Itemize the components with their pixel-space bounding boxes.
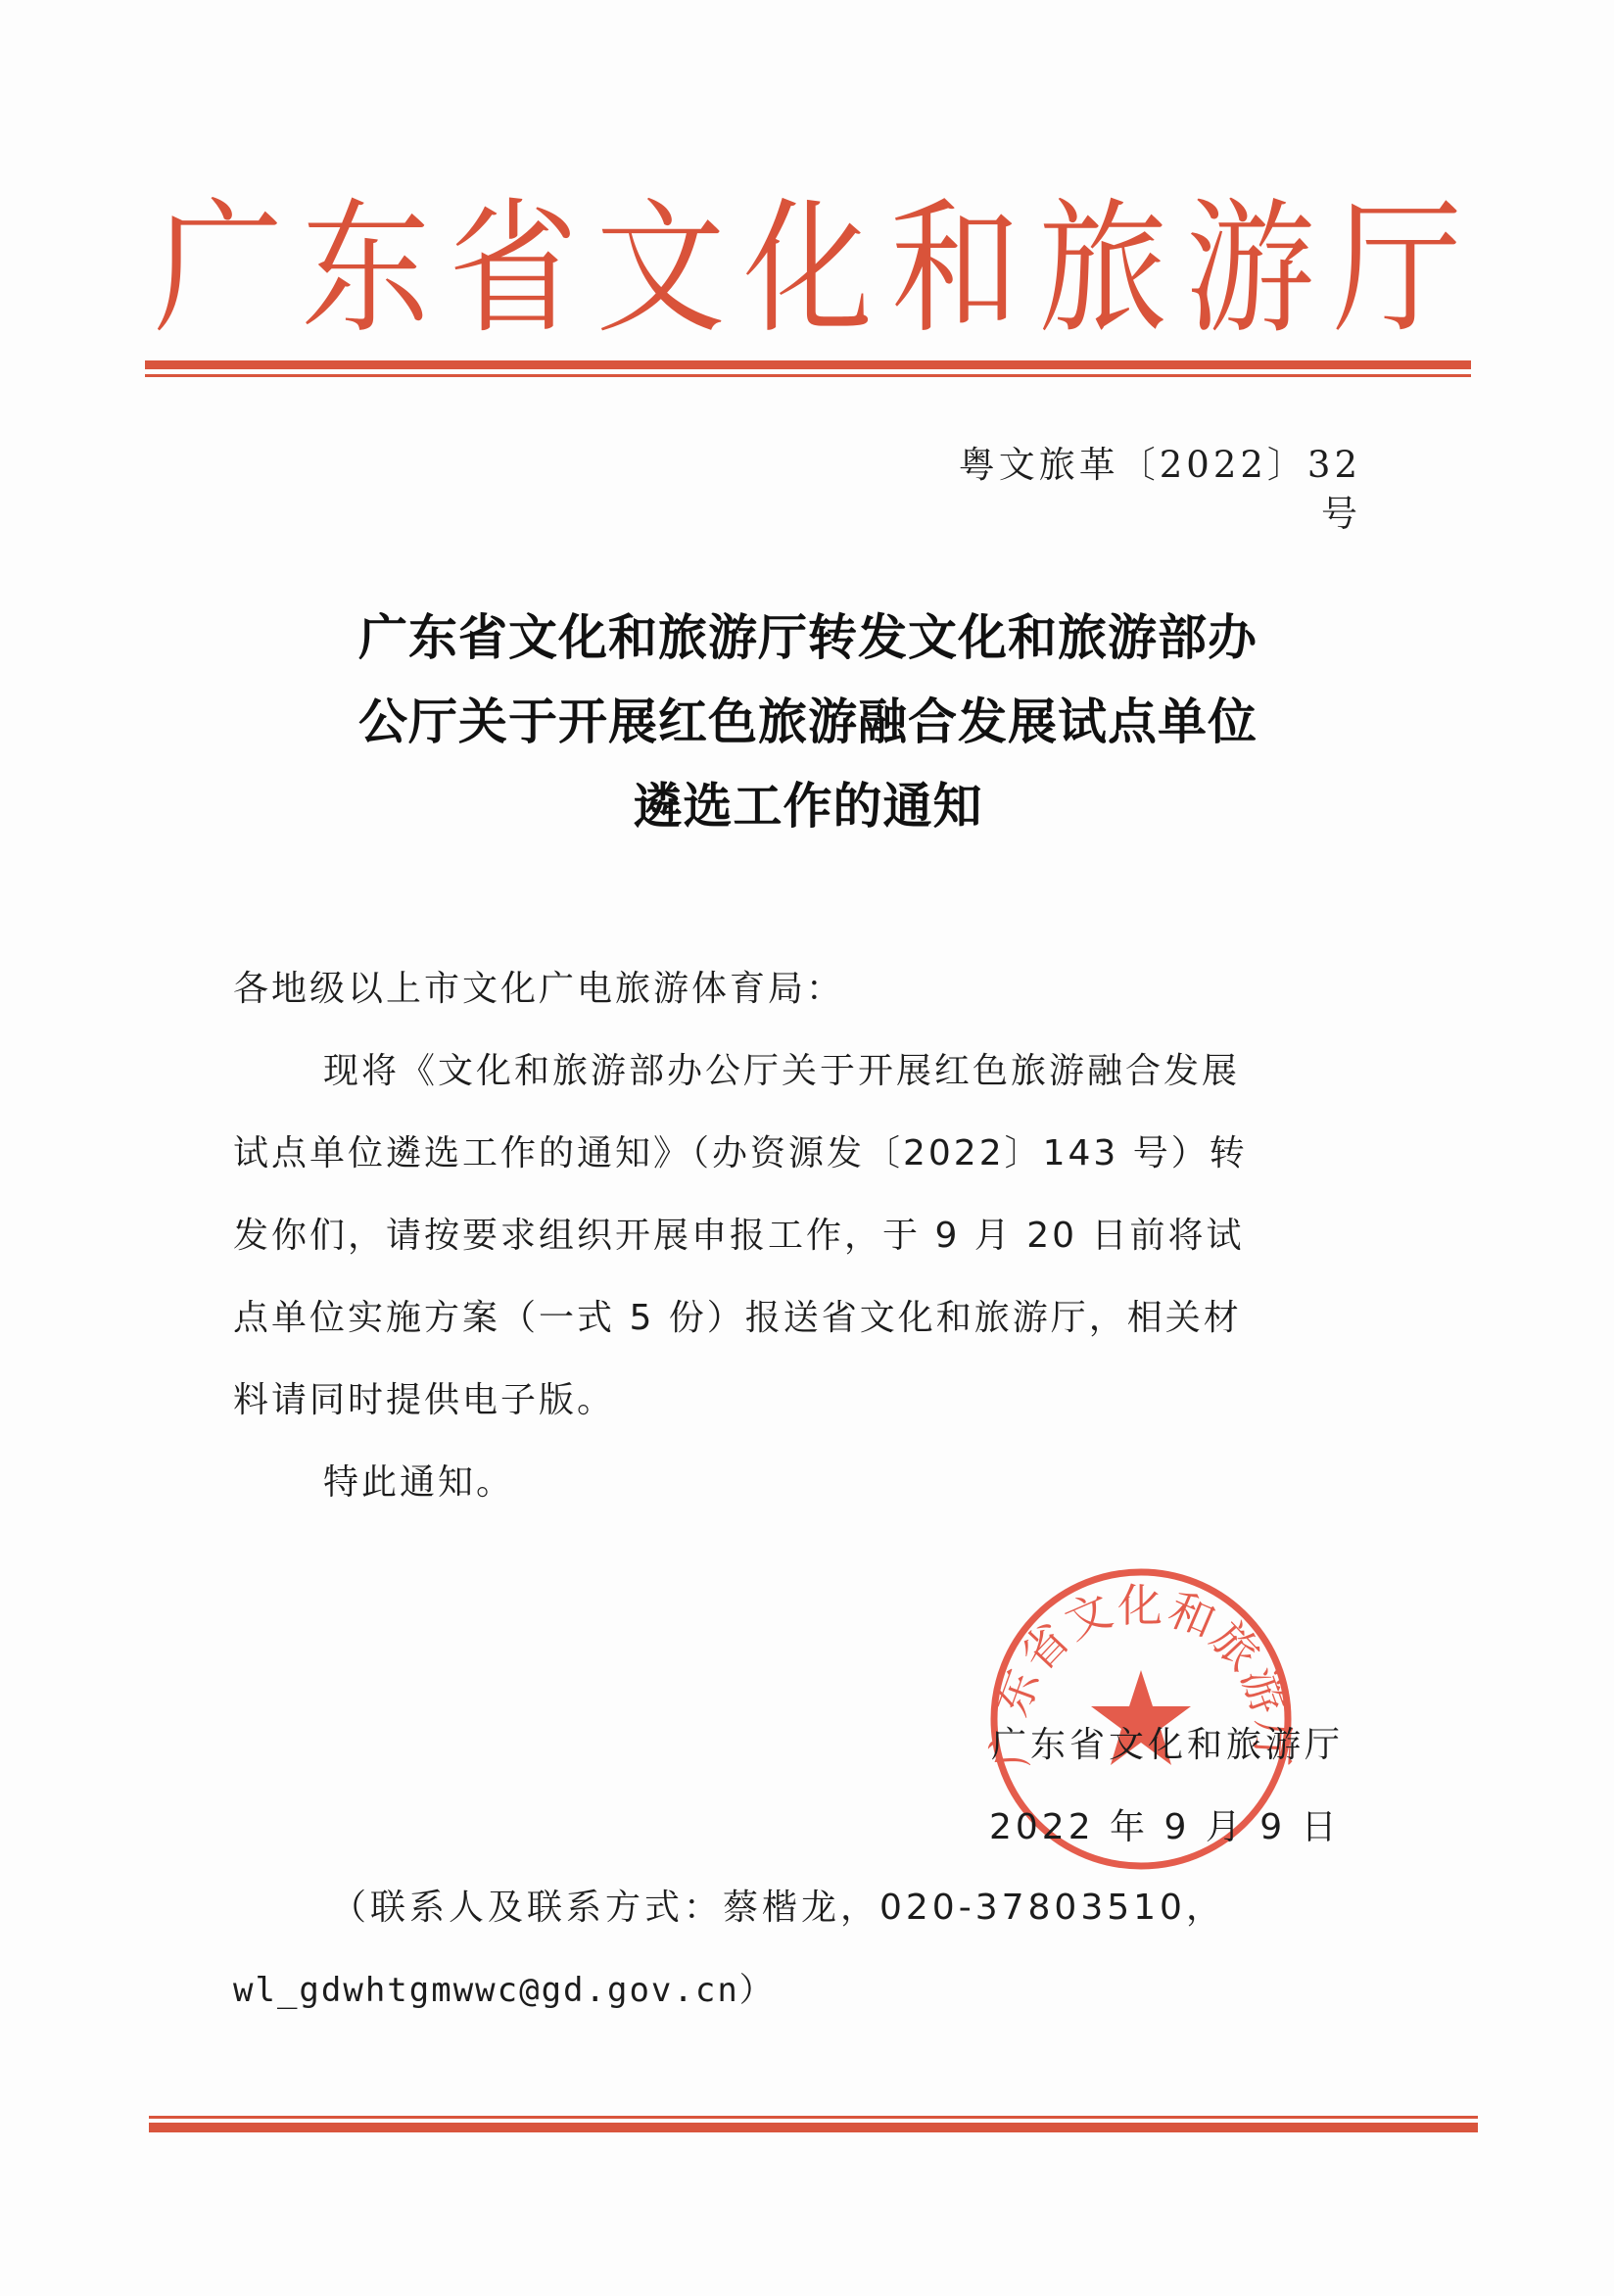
footer-rule-thick [149, 2123, 1478, 2132]
letterhead-char: 化 [735, 187, 881, 352]
title-line: 广东省文化和旅游厅转发文化和旅游部办 [245, 596, 1371, 680]
letterhead-char: 和 [882, 187, 1029, 352]
header-rule-thick [145, 360, 1471, 369]
letterhead-char: 游 [1177, 187, 1324, 352]
document-title: 广东省文化和旅游厅转发文化和旅游部办 公厅关于开展红色旅游融合发展试点单位 遴选… [245, 596, 1371, 848]
paragraph-line: 点单位实施方案（一式 5 份）报送省文化和旅游厅，相关材 [233, 1277, 1359, 1360]
document-page: 广 东 省 文 化 和 旅 游 厅 粤文旅革〔2022〕32 号 广东省文化和旅… [0, 0, 1614, 2296]
letterhead-char: 旅 [1029, 187, 1176, 352]
paragraph-line: 试点单位遴选工作的通知》（办资源发〔2022〕143 号）转 [233, 1113, 1359, 1195]
signature-block: 广东省文化和旅游厅 2022 年 9 月 9 日 [940, 1704, 1352, 1869]
title-line: 遴选工作的通知 [245, 764, 1371, 848]
contact-info: （联系人及联系方式：蔡楷龙，020-37803510， wl_gdwhtgmww… [233, 1867, 1359, 2032]
paragraph-line: 现将《文化和旅游部办公厅关于开展红色旅游融合发展 [233, 1030, 1359, 1113]
title-line: 公厅关于开展红色旅游融合发展试点单位 [245, 680, 1371, 764]
letterhead-title: 广 东 省 文 化 和 旅 游 厅 [145, 196, 1471, 343]
footer-rule-thin [149, 2116, 1478, 2119]
letterhead-char: 厅 [1324, 187, 1471, 352]
paragraph-line: 料请同时提供电子版。 [233, 1360, 1359, 1442]
paragraph-line: 发你们，请按要求组织开展申报工作，于 9 月 20 日前将试 [233, 1195, 1359, 1277]
salutation: 各地级以上市文化广电旅游体育局： [233, 948, 1359, 1030]
letterhead-char: 文 [588, 187, 735, 352]
document-body: 各地级以上市文化广电旅游体育局： 现将《文化和旅游部办公厅关于开展红色旅游融合发… [233, 948, 1359, 1524]
signature-organization: 广东省文化和旅游厅 [940, 1704, 1352, 1787]
contact-line: （联系人及联系方式：蔡楷龙，020-37803510， [233, 1867, 1359, 1949]
contact-email-line: wl_gdwhtgmwwc@gd.gov.cn） [233, 1949, 1359, 2032]
document-number: 粤文旅革〔2022〕32 号 [911, 441, 1361, 539]
letterhead-char: 省 [440, 187, 587, 352]
letterhead-char: 广 [145, 187, 292, 352]
signature-date: 2022 年 9 月 9 日 [940, 1787, 1352, 1869]
letterhead-char: 东 [293, 187, 440, 352]
header-rule-thin [145, 374, 1471, 377]
closing-line: 特此通知。 [233, 1442, 1359, 1524]
